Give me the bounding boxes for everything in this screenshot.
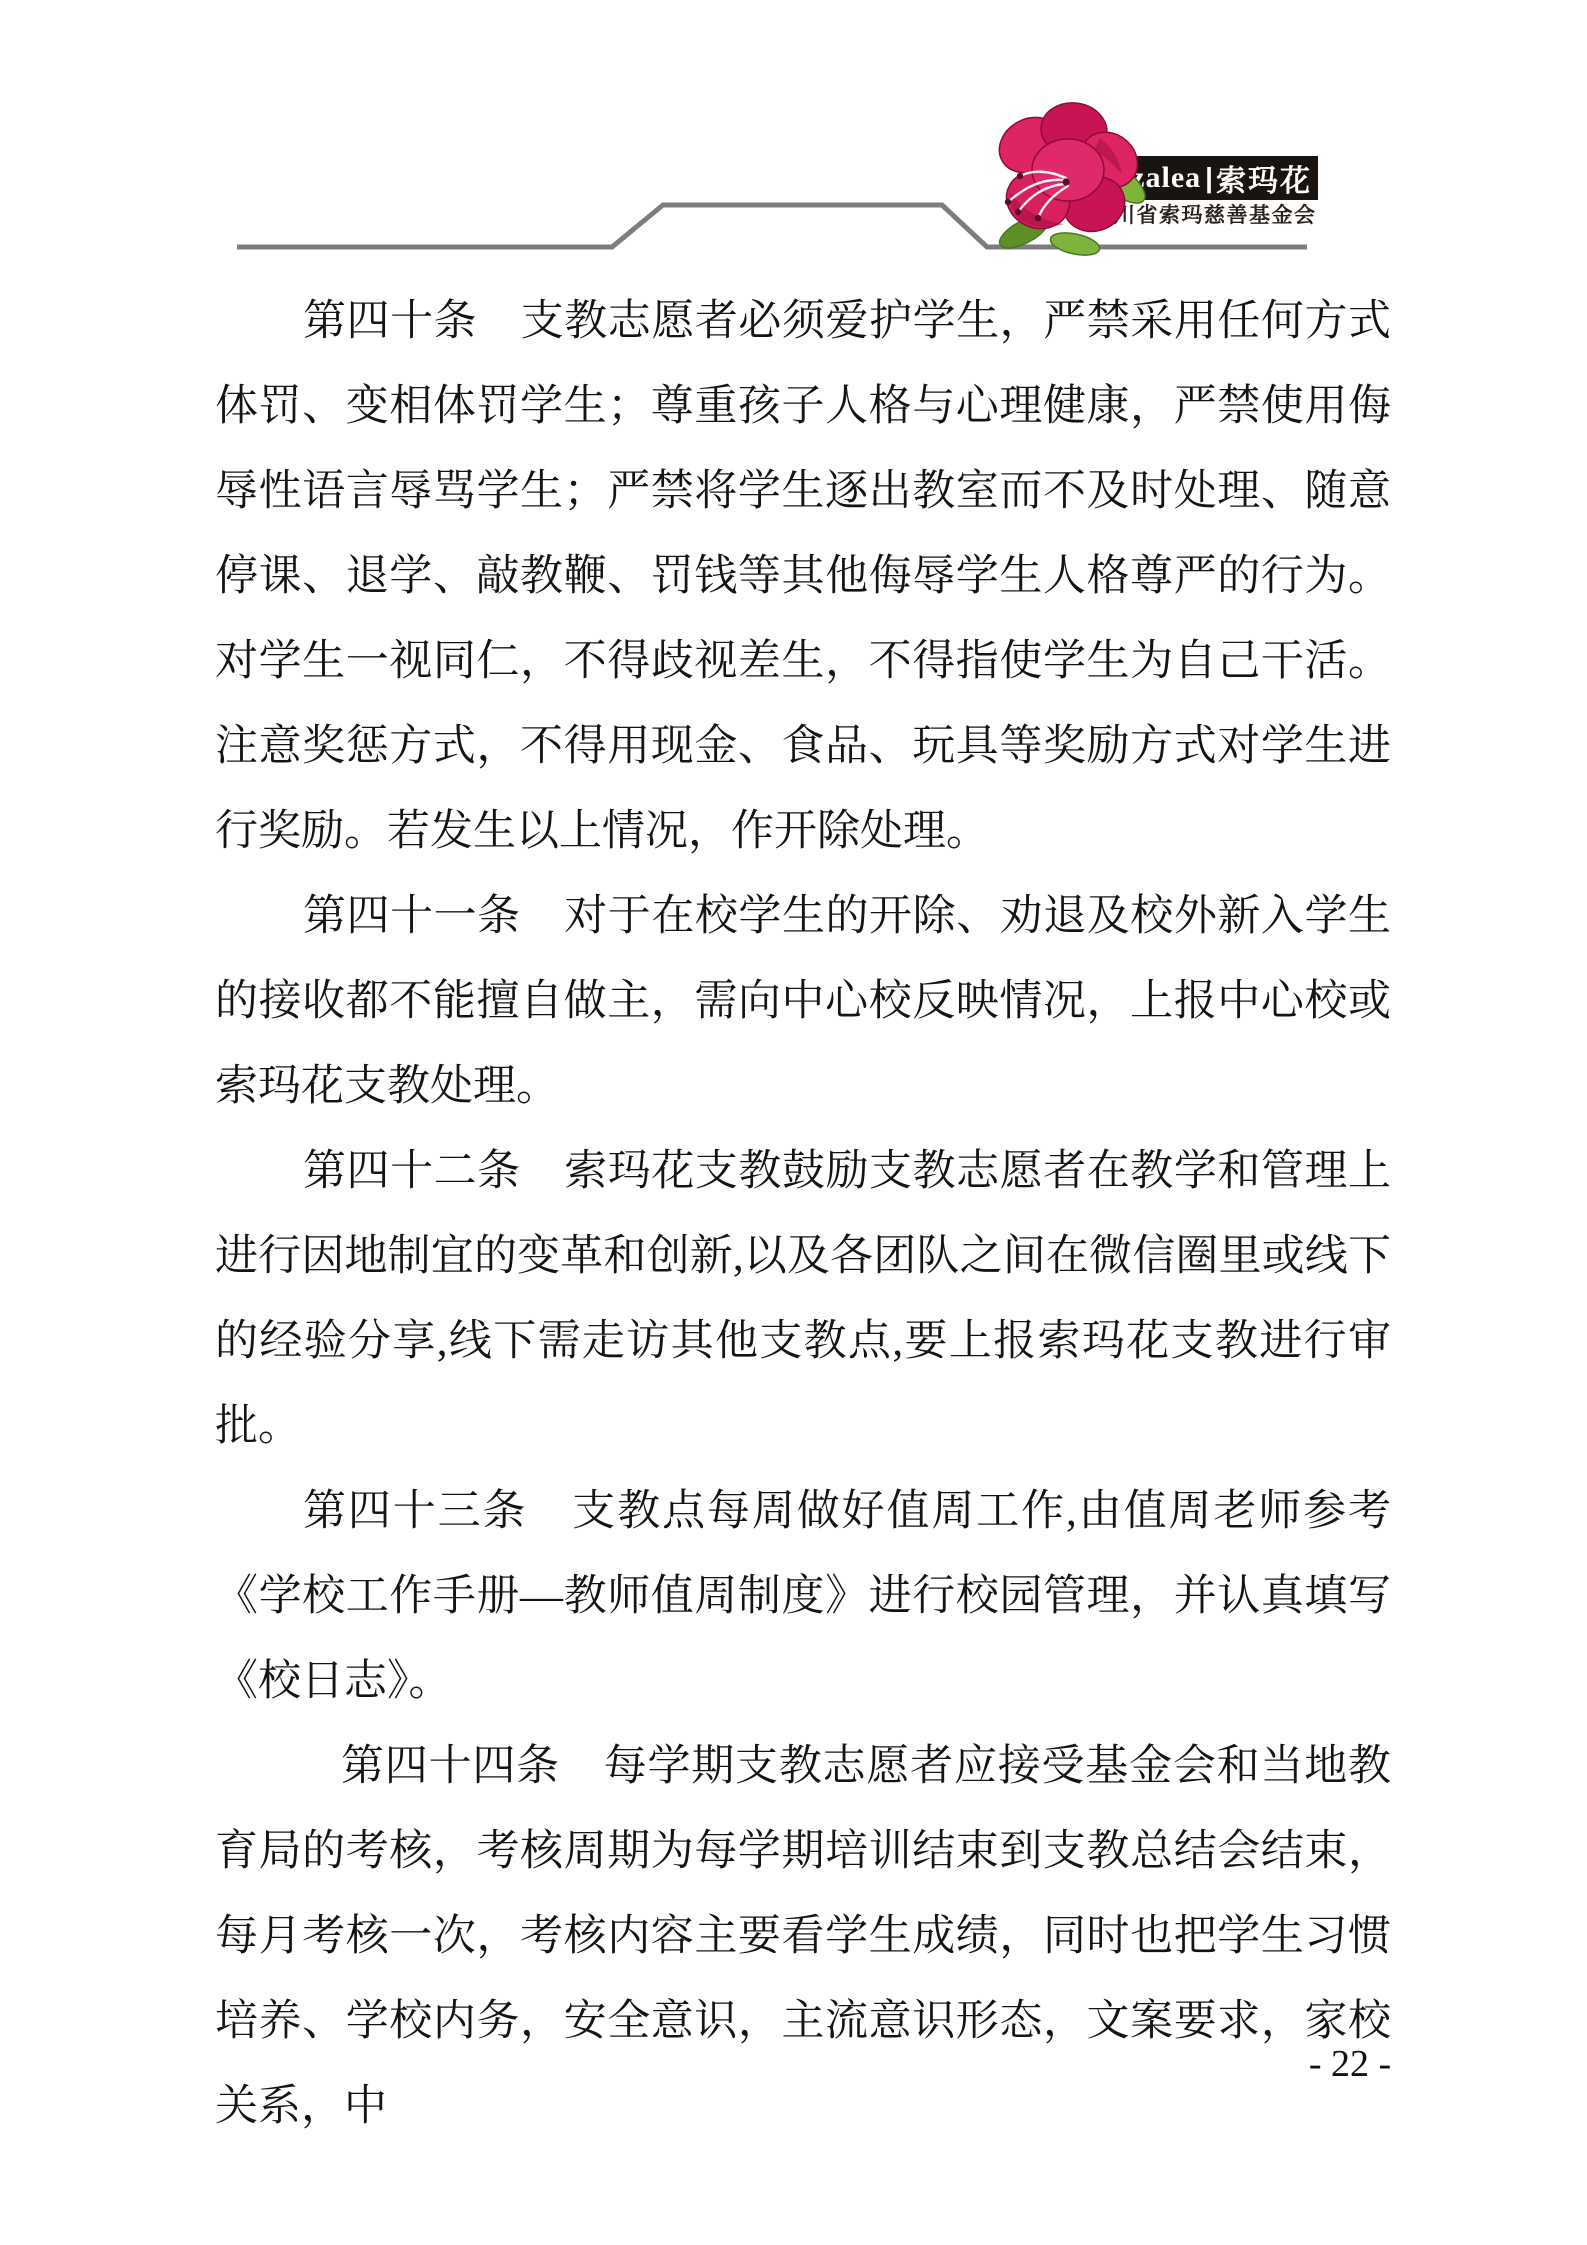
paragraph-article-40: 第四十条 支教志愿者必须爱护学生，严禁采用任何方式体罚、变相体罚学生；尊重孩子人… xyxy=(215,279,1391,874)
document-body: 第四十条 支教志愿者必须爱护学生，严禁采用任何方式体罚、变相体罚学生；尊重孩子人… xyxy=(215,279,1391,2149)
page-number: - 22 - xyxy=(1295,2042,1405,2086)
flower-petals xyxy=(989,100,1148,239)
paragraph-article-43: 第四十三条 支教点每周做好值周工作,由值周老师参考《学校工作手册—教师值周制度》… xyxy=(215,1469,1391,1724)
brand-name-chinese: 索玛花 xyxy=(1216,156,1312,200)
paragraph-article-44: 第四十四条 每学期支教志愿者应接受基金会和当地教育局的考核，考核周期为每学期培训… xyxy=(215,1724,1391,2149)
brand-divider: | xyxy=(1205,162,1213,194)
document-page: Azalea | 索玛花 四川省索玛慈善基金会 xyxy=(0,0,1587,2245)
paragraph-article-41: 第四十一条 对于在校学生的开除、劝退及校外新入学生的接收都不能擅自做主，需向中心… xyxy=(215,874,1391,1129)
paragraph-article-42: 第四十二条 索玛花支教鼓励支教志愿者在教学和管理上进行因地制宜的变革和创新,以及… xyxy=(215,1129,1391,1469)
header-decorative-line xyxy=(0,0,1587,300)
page-header: Azalea | 索玛花 四川省索玛慈善基金会 xyxy=(0,0,1587,300)
azalea-flower-icon xyxy=(972,100,1162,260)
